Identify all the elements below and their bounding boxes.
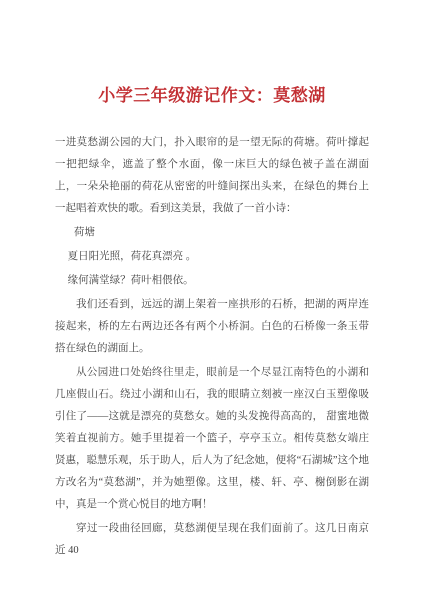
essay-paragraph: 一进莫愁湖公园的大门，扑入眼帘的是一望无际的荷塘。荷叶撑起一把把绿伞，遮盖了整个… <box>55 132 369 220</box>
essay-paragraph: 夏日阳光照，荷花真漂亮 。 <box>55 246 369 268</box>
essay-paragraph: 荷塘 <box>55 222 369 244</box>
essay-paragraph: 从公园进口处始终往里走，眼前是一个尽显江南特色的小湖和几座假山石。绕过小湖和山石… <box>55 362 369 516</box>
essay-paragraph: 我们还看到，远远的湖上架着一座拱形的石桥，把湖的两岸连接起来，桥的左右两边还各有… <box>55 294 369 360</box>
essay-paragraph: 缘何满堂绿？荷叶相偎依。 <box>55 270 369 292</box>
essay-title: 小学三年级游记作文：莫愁湖 <box>0 84 424 108</box>
essay-body: 一进莫愁湖公园的大门，扑入眼帘的是一望无际的荷塘。荷叶撑起一把把绿伞，遮盖了整个… <box>55 132 369 562</box>
document-page: 小学三年级游记作文：莫愁湖 一进莫愁湖公园的大门，扑入眼帘的是一望无际的荷塘。荷… <box>0 0 424 600</box>
essay-paragraph: 穿过一段曲径回廊，莫愁湖便呈现在我们面前了。这几日南京近 40 <box>55 518 369 562</box>
